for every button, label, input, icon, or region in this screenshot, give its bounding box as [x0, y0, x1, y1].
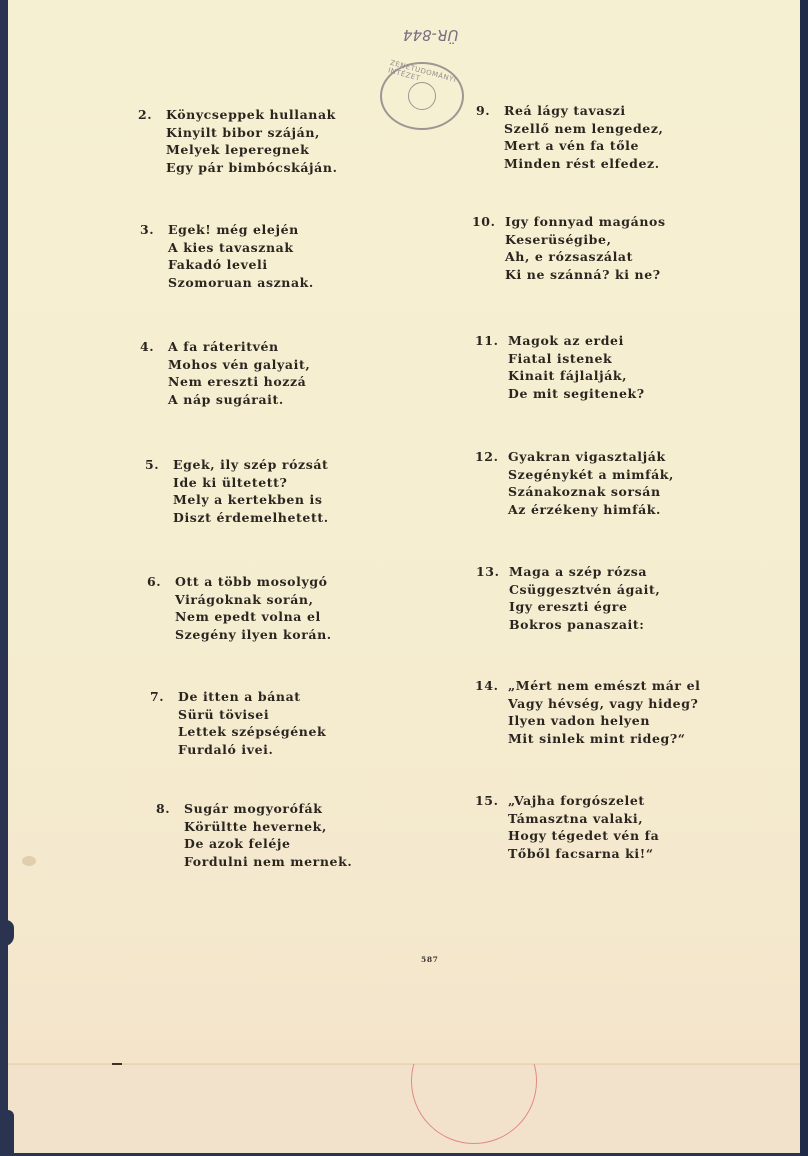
verse-line: Mely a kertekben is: [173, 491, 329, 509]
verse-line: Virágoknak során,: [175, 591, 332, 609]
verse-line: De azok feléje: [184, 835, 352, 853]
stanza-number: 14.: [475, 677, 499, 695]
stanza-10: 10. Igy fonnyad magános Keserüségibe, Ah…: [505, 213, 666, 283]
verse-line: Magok az erdei: [508, 332, 645, 350]
verse-line: Ah, e rózsaszálat: [505, 248, 666, 266]
verse-line: Keserüségibe,: [505, 231, 666, 249]
stanza-8: 8. Sugár mogyorófák Körültte hevernek, D…: [184, 800, 352, 870]
verse-line: Nem epedt volna el: [175, 608, 332, 626]
verse-line: Igy ereszti égre: [509, 598, 660, 616]
library-stamp: ZENETUDOMÁNYI INTÉZET: [380, 62, 464, 130]
stanza-number: 5.: [145, 456, 159, 474]
stanza-number: 15.: [475, 792, 499, 810]
verse-line: „Mért nem emészt már el: [508, 677, 700, 695]
verse-line: Ki ne szánná? ki ne?: [505, 266, 666, 284]
stanza-number: 10.: [472, 213, 496, 231]
verse-line: Nem ereszti hozzá: [168, 373, 310, 391]
verse-line: Szegény ilyen korán.: [175, 626, 332, 644]
verse-line: Egek! még elején: [168, 221, 314, 239]
verse-line: Mert a vén fa tőle: [504, 137, 664, 155]
verse-line: Szegénykét a mimfák,: [508, 466, 674, 484]
page-number: 587: [421, 955, 438, 964]
stanza-number: 6.: [147, 573, 161, 591]
verse-line: Tőből facsarna ki!“: [508, 845, 659, 863]
verse-line: A fa ráteritvén: [168, 338, 310, 356]
verse-line: Ilyen vadon helyen: [508, 712, 700, 730]
verse-line: Körültte hevernek,: [184, 818, 352, 836]
verse-line: Hogy tégedet vén fa: [508, 827, 659, 845]
stanza-number: 8.: [156, 800, 170, 818]
stanza-5: 5. Egek, ily szép rózsát Ide ki ültetett…: [173, 456, 329, 526]
torn-edge: [0, 920, 14, 946]
scan-background-edge: [800, 0, 808, 1156]
verse-line: Maga a szép rózsa: [509, 563, 660, 581]
verse-line: Szánakoznak sorsán: [508, 483, 674, 501]
stain: [22, 856, 36, 866]
verse-line: „Vajha forgószelet: [508, 792, 659, 810]
stanza-number: 11.: [475, 332, 499, 350]
verse-line: Szellő nem lengedez,: [504, 120, 664, 138]
verse-line: Mohos vén galyait,: [168, 356, 310, 374]
stanza-14: 14. „Mért nem emészt már el Vagy hévség,…: [508, 677, 700, 747]
verse-line: Diszt érdemelhetett.: [173, 509, 329, 527]
stanza-number: 3.: [140, 221, 154, 239]
verse-line: Lettek szépségének: [178, 723, 326, 741]
verse-line: De itten a bánat: [178, 688, 326, 706]
stamp-emblem-icon: [408, 82, 436, 110]
verse-line: Fordulni nem mernek.: [184, 853, 352, 871]
verse-line: Furdaló ivei.: [178, 741, 326, 759]
verse-line: Bokros panaszait:: [509, 616, 660, 634]
verse-line: Reá lágy tavaszi: [504, 102, 664, 120]
verse-line: Szomoruan asznak.: [168, 274, 314, 292]
stanza-number: 12.: [475, 448, 499, 466]
stanza-4: 4. A fa ráteritvén Mohos vén galyait, Ne…: [168, 338, 310, 408]
verse-line: Gyakran vigasztalják: [508, 448, 674, 466]
verse-line: Egy pár bimbócskáján.: [166, 159, 338, 177]
verse-line: Fakadó leveli: [168, 256, 314, 274]
stanza-number: 2.: [138, 106, 152, 124]
verse-line: Könycseppek hullanak: [166, 106, 338, 124]
verse-line: De mit segitenek?: [508, 385, 645, 403]
stanza-2: 2. Könycseppek hullanak Kinyilt bibor sz…: [166, 106, 338, 176]
scanned-page: ÜR-844 ZENETUDOMÁNYI INTÉZET 2. Könycsep…: [8, 0, 800, 1152]
verse-line: Fiatal istenek: [508, 350, 645, 368]
folded-lower-section: [8, 1064, 800, 1153]
verse-line: Igy fonnyad magános: [505, 213, 666, 231]
stanza-number: 7.: [150, 688, 164, 706]
stanza-7: 7. De itten a bánat Sürü tövisei Lettek …: [178, 688, 326, 758]
verse-line: Az érzékeny himfák.: [508, 501, 674, 519]
stanza-13: 13. Maga a szép rózsa Csüggesztvén ágait…: [509, 563, 660, 633]
verse-line: Támasztna valaki,: [508, 810, 659, 828]
verse-line: A náp sugárait.: [168, 391, 310, 409]
stanza-number: 13.: [476, 563, 500, 581]
stanza-6: 6. Ott a több mosolygó Virágoknak során,…: [175, 573, 332, 643]
stanza-11: 11. Magok az erdei Fiatal istenek Kinait…: [508, 332, 645, 402]
verse-line: Sürü tövisei: [178, 706, 326, 724]
stanza-number: 4.: [140, 338, 154, 356]
red-stamp-outline: [411, 1018, 537, 1144]
verse-line: Melyek leperegnek: [166, 141, 338, 159]
verse-line: Egek, ily szép rózsát: [173, 456, 329, 474]
stanza-3: 3. Egek! még elején A kies tavasznak Fak…: [168, 221, 314, 291]
verse-line: A kies tavasznak: [168, 239, 314, 257]
stanza-number: 9.: [476, 102, 490, 120]
ink-mark: [112, 1063, 122, 1065]
stanza-12: 12. Gyakran vigasztalják Szegénykét a mi…: [508, 448, 674, 518]
verse-line: Sugár mogyorófák: [184, 800, 352, 818]
stanza-9: 9. Reá lágy tavaszi Szellő nem lengedez,…: [504, 102, 664, 172]
verse-line: Csüggesztvén ágait,: [509, 581, 660, 599]
verse-line: Minden rést elfedez.: [504, 155, 664, 173]
verse-line: Kinyilt bibor száján,: [166, 124, 338, 142]
verse-line: Kinait fájlalják,: [508, 367, 645, 385]
verse-line: Vagy hévség, vagy hideg?: [508, 695, 700, 713]
verse-line: Ott a több mosolygó: [175, 573, 332, 591]
verse-line: Ide ki ültetett?: [173, 474, 329, 492]
shelfmark-annotation: ÜR-844: [403, 26, 458, 44]
torn-edge: [0, 1110, 14, 1156]
verse-line: Mit sinlek mint rideg?“: [508, 730, 700, 748]
stanza-15: 15. „Vajha forgószelet Támasztna valaki,…: [508, 792, 659, 862]
